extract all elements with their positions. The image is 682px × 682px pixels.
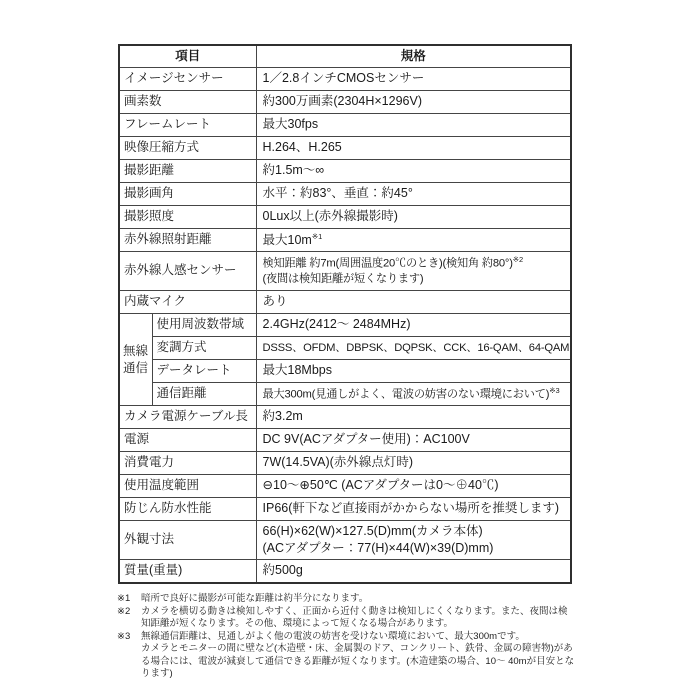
row-label: 防じん防水性能: [119, 498, 256, 521]
row-label: 通信距離: [152, 383, 256, 406]
table-row-shooting-distance: 撮影距離 約1.5m～∞: [119, 160, 571, 183]
row-label: 撮影照度: [119, 206, 256, 229]
row-value: ⊖10～⊕50℃ (ACアダプターは0～⊕40℃): [256, 475, 571, 498]
row-value: あり: [256, 291, 571, 314]
table-row-illuminance: 撮影照度 0Lux以上(赤外線撮影時): [119, 206, 571, 229]
table-row-microphone: 内蔵マイク あり: [119, 291, 571, 314]
spec-table: 項目 規格 イメージセンサー 1／2.8インチCMOSセンサー 画素数 約300…: [118, 44, 572, 584]
row-label: イメージセンサー: [119, 68, 256, 91]
row-label: 使用温度範囲: [119, 475, 256, 498]
table-row-power-supply: 電源 DC 9V(ACアダプター使用)：AC100V: [119, 429, 571, 452]
row-label: 撮影距離: [119, 160, 256, 183]
row-label: 内蔵マイク: [119, 291, 256, 314]
wireless-group-label: 無線通信: [119, 314, 152, 406]
table-row-data-rate: データレート 最大18Mbps: [119, 360, 571, 383]
table-row-framerate: フレームレート 最大30fps: [119, 114, 571, 137]
row-value: 約300万画素(2304H×1296V): [256, 91, 571, 114]
footnotes: ※1 暗所で良好に撮影が可能な距離は約半分になります。 ※2 カメラを横切る動き…: [117, 593, 575, 681]
row-value: 最大300m(見通しがよく、電波の妨害のない環境において)※3: [256, 383, 571, 406]
row-value: 約3.2m: [256, 406, 571, 429]
table-row-ip-rating: 防じん防水性能 IP66(軒下など直接雨がかからない場所を推奨します): [119, 498, 571, 521]
row-value-line-2: (ACアダプター：77(H)×44(W)×39(D)mm): [263, 540, 568, 557]
table-row-pir-sensor: 赤外線人感センサー 検知距離 約7m(周囲温度20℃のとき)(検知角 約80°)…: [119, 252, 571, 291]
footnote-3: ※3 無線通信距離は、見通しがよく他の電波の妨害を受けない環境において、最大30…: [117, 631, 575, 681]
content-area: 項目 規格 イメージセンサー 1／2.8インチCMOSセンサー 画素数 約300…: [117, 44, 575, 681]
row-label: フレームレート: [119, 114, 256, 137]
row-value: 約500g: [256, 560, 571, 584]
footnote-ref-1: ※1: [312, 232, 322, 241]
row-value: IP66(軒下など直接雨がかからない場所を推奨します): [256, 498, 571, 521]
row-value: 約1.5m～∞: [256, 160, 571, 183]
row-value: 検知距離 約7m(周囲温度20℃のとき)(検知角 約80°)※2 (夜間は検知距…: [256, 252, 571, 291]
row-label: 消費電力: [119, 452, 256, 475]
row-value-line-1: 検知距離 約7m(周囲温度20℃のとき)(検知角 約80°)※2: [263, 255, 568, 272]
row-value-line-2: (夜間は検知距離が短くなります): [263, 272, 568, 287]
table-row-operating-temp: 使用温度範囲 ⊖10～⊕50℃ (ACアダプターは0～⊕40℃): [119, 475, 571, 498]
footnote-2: ※2 カメラを横切る動きは検知しやすく、正面から近付く動きは検知しにくくなります…: [117, 606, 575, 631]
footnote-ref-3: ※3: [549, 386, 559, 395]
column-header-spec: 規格: [256, 45, 571, 68]
row-label: 映像圧縮方式: [119, 137, 256, 160]
table-row-frequency-band: 無線通信 使用周波数帯域 2.4GHz(2412～ 2484MHz): [119, 314, 571, 337]
table-row-weight: 質量(重量) 約500g: [119, 560, 571, 584]
table-row-pixels: 画素数 約300万画素(2304H×1296V): [119, 91, 571, 114]
row-value-text: 検知距離 約7m(周囲温度20℃のとき)(検知角 約80°): [263, 258, 513, 270]
footnote-text: 暗所で良好に撮影が可能な距離は約半分になります。: [141, 593, 575, 606]
footnote-1: ※1 暗所で良好に撮影が可能な距離は約半分になります。: [117, 593, 575, 606]
table-row-compression: 映像圧縮方式 H.264、H.265: [119, 137, 571, 160]
table-row-dimensions: 外観寸法 66(H)×62(W)×127.5(D)mm(カメラ本体) (ACアダ…: [119, 521, 571, 560]
row-value: 最大10m※1: [256, 229, 571, 252]
table-row-ir-range: 赤外線照射距離 最大10m※1: [119, 229, 571, 252]
row-value: 1／2.8インチCMOSセンサー: [256, 68, 571, 91]
table-row-image-sensor: イメージセンサー 1／2.8インチCMOSセンサー: [119, 68, 571, 91]
row-value: 最大30fps: [256, 114, 571, 137]
spec-sheet-page: 項目 規格 イメージセンサー 1／2.8インチCMOSセンサー 画素数 約300…: [0, 0, 682, 682]
table-row-angle-of-view: 撮影画角 水平：約83°、垂直：約45°: [119, 183, 571, 206]
row-value-line-1: 66(H)×62(W)×127.5(D)mm(カメラ本体): [263, 523, 568, 540]
row-label: 電源: [119, 429, 256, 452]
footnote-ref-2: ※2: [513, 255, 523, 264]
row-label: 赤外線照射距離: [119, 229, 256, 252]
footnote-mark: ※3: [117, 631, 141, 644]
row-label: データレート: [152, 360, 256, 383]
row-value: DC 9V(ACアダプター使用)：AC100V: [256, 429, 571, 452]
row-value-text: 最大10m: [263, 233, 312, 247]
row-label: 質量(重量): [119, 560, 256, 584]
footnote-mark: ※1: [117, 593, 141, 606]
row-value: 66(H)×62(W)×127.5(D)mm(カメラ本体) (ACアダプター：7…: [256, 521, 571, 560]
row-label: 撮影画角: [119, 183, 256, 206]
row-value-text: 最大300m(見通しがよく、電波の妨害のない環境において): [263, 389, 550, 401]
table-row-modulation: 変調方式 DSSS、OFDM、DBPSK、DQPSK、CCK、16-QAM、64…: [119, 337, 571, 360]
header-row: 項目 規格: [119, 45, 571, 68]
row-value: 2.4GHz(2412～ 2484MHz): [256, 314, 571, 337]
row-value: 0Lux以上(赤外線撮影時): [256, 206, 571, 229]
row-value: 7W(14.5VA)(赤外線点灯時): [256, 452, 571, 475]
row-value: 最大18Mbps: [256, 360, 571, 383]
footnote-text: 無線通信距離は、見通しがよく他の電波の妨害を受けない環境において、最大300mで…: [141, 631, 575, 681]
row-label: 変調方式: [152, 337, 256, 360]
row-label: 使用周波数帯域: [152, 314, 256, 337]
footnote-mark: ※2: [117, 606, 141, 619]
row-label: 外観寸法: [119, 521, 256, 560]
row-value: DSSS、OFDM、DBPSK、DQPSK、CCK、16-QAM、64-QAM: [256, 337, 571, 360]
row-value: H.264、H.265: [256, 137, 571, 160]
table-row-power-consumption: 消費電力 7W(14.5VA)(赤外線点灯時): [119, 452, 571, 475]
table-row-power-cable: カメラ電源ケーブル長 約3.2m: [119, 406, 571, 429]
row-value: 水平：約83°、垂直：約45°: [256, 183, 571, 206]
footnote-text: カメラを横切る動きは検知しやすく、正面から近付く動きは検知しにくくなります。また…: [141, 606, 575, 631]
column-header-item: 項目: [119, 45, 256, 68]
table-row-comm-distance: 通信距離 最大300m(見通しがよく、電波の妨害のない環境において)※3: [119, 383, 571, 406]
row-label: 画素数: [119, 91, 256, 114]
row-label: カメラ電源ケーブル長: [119, 406, 256, 429]
row-label: 赤外線人感センサー: [119, 252, 256, 291]
